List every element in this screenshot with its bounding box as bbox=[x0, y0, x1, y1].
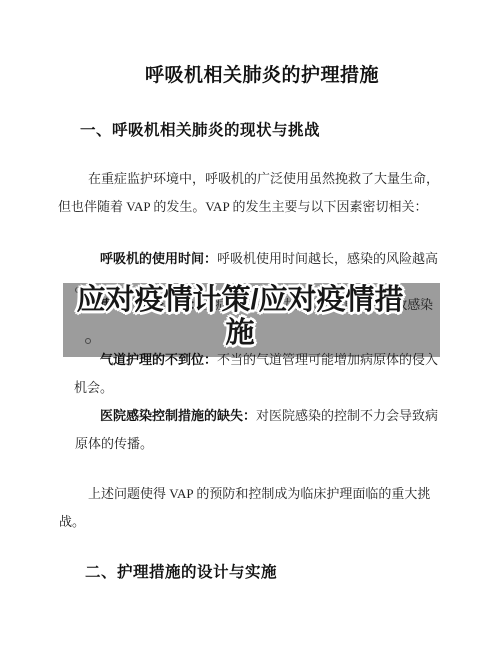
document-page: 呼吸机相关肺炎的护理措施 一、呼吸机相关肺炎的现状与挑战 在重症监护环境中，呼吸… bbox=[0, 0, 500, 647]
watermark-line1: 应对疫情计策/应对疫情措 bbox=[76, 284, 403, 316]
factor-label: 气道护理的不到位： bbox=[100, 352, 217, 367]
document-title: 呼吸机相关肺炎的护理措施 bbox=[145, 60, 379, 87]
factor-infection-control-cont: 原体的传播。 bbox=[75, 436, 153, 451]
section2-heading: 二、护理措施的设计与实施 bbox=[85, 560, 277, 582]
factor-airway-care-cont: 机会。 bbox=[74, 380, 113, 395]
summary-paragraph-line1: 上述问题使得 VAP 的预防和控制成为临床护理面临的重大挑 bbox=[88, 486, 430, 501]
factor-label: 医院感染控制措施的缺失： bbox=[100, 408, 256, 423]
summary-paragraph-line2: 战。 bbox=[59, 514, 85, 529]
intro-paragraph-line1: 在重症监护环境中，呼吸机的广泛使用虽然挽救了大量生命， bbox=[88, 171, 439, 186]
factor-ventilation-time: 呼吸机的使用时间：呼吸机使用时间越长，感染的风险越高 bbox=[100, 251, 438, 266]
factor-text: 对医院感染的控制不力会导致病 bbox=[256, 408, 438, 423]
factor-text: 不当的气道管理可能增加病原体的侵入 bbox=[217, 352, 438, 367]
factor-label: 呼吸机的使用时间： bbox=[100, 251, 217, 266]
factor-infection-control: 医院感染控制措施的缺失：对医院感染的控制不力会导致病 bbox=[100, 408, 438, 423]
factor-text: 呼吸机使用时间越长，感染的风险越高 bbox=[217, 251, 438, 266]
intro-paragraph-line2: 但也伴随着 VAP 的发生。VAP 的发生主要与以下因素密切相关： bbox=[58, 199, 427, 214]
watermark-line2: 施 bbox=[225, 317, 254, 349]
section1-heading: 一、呼吸机相关肺炎的现状与挑战 bbox=[80, 118, 320, 140]
factor-airway-care: 气道护理的不到位：不当的气道管理可能增加病原体的侵入 bbox=[100, 352, 438, 367]
watermark-text: 应对疫情计策/应对疫情措 施 bbox=[40, 284, 440, 350]
